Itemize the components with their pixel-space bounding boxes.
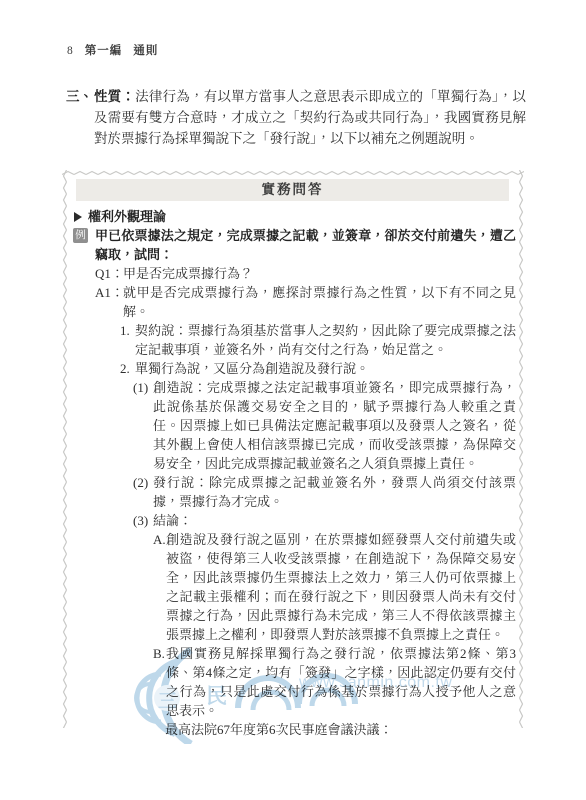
box-content: 權利外觀理論 例 甲已依票據法之規定，完成票據之記載，並簽章，卻於交付前遺失，遭… [62,201,524,739]
right-triangle-icon [74,212,82,222]
example-row: 例 甲已依票據法之規定，完成票據之記載，並簽章，卻於交付前遺失，遭乙竊取，試問： [73,226,516,264]
box-title: 實務問答 [76,179,509,201]
intro-item-number: 三、 [66,86,94,149]
answer-marker: A1： [95,283,123,321]
qa-box: 實務問答 權利外觀理論 例 甲已依票據法之規定，完成票據之記載，並簽章，卻於交付… [62,170,524,736]
example-text: 甲已依票據法之規定，完成票據之記載，並簽章，卻於交付前遺失，遭乙竊取，試問： [95,228,516,262]
answer-text: 就甲是否完成票據行為，應探討票據行為之性質，以下有不同之見解。 [123,283,516,321]
theory-heading-row: 權利外觀理論 [73,207,516,226]
question-marker: Q1： [95,264,123,283]
page-number: 8 [67,45,74,57]
list-item: 1. 契約說：票據行為須基於當事人之契約，因此除了要完成票據之法定記載事項，並簽… [73,321,516,359]
chapter-title: 通則 [133,42,158,58]
question-text: 甲是否完成票據行為？ [123,264,516,283]
list-item: (3) 結論： [73,511,516,530]
intro-paragraph: 三、 性質：法律行為，有以單方當事人之意思表示即成立的「單獨行為」，以及需要有雙… [66,86,526,149]
zigzag-border-top [62,170,524,176]
question-row: Q1： 甲是否完成票據行為？ [73,264,516,283]
example-badge-icon: 例 [73,228,88,243]
list-item: (2) 發行說：除完成票據之記載並簽名外，發票人尚須交付該票據，票據行為才完成。 [73,473,516,511]
intro-text: 法律行為，有以單方當事人之意思表示即成立的「單獨行為」，以及需要有雙方合意時，才… [94,89,526,146]
list-item: A. 創造說及發行說之區別，在於票據如經發票人交付前遺失或被盜，使得第三人收受該… [73,530,516,644]
page-header: 8 第一編 通則 [67,42,158,58]
list-item: 2. 單獨行為說，又區分為創造說及發行說。 [73,359,516,378]
answer-row: A1： 就甲是否完成票據行為，應探討票據行為之性質，以下有不同之見解。 [73,283,516,321]
part-title: 第一編 [85,42,123,58]
list-item: (1) 創造說：完成票據之法定記載事項並簽名，即完成票據行為，此說係基於保護交易… [73,378,516,473]
court-reference: 最高法院67年度第6次民事庭會議決議： [73,720,516,739]
intro-label: 性質： [94,89,135,104]
theory-heading: 權利外觀理論 [88,207,166,226]
intro-body: 性質：法律行為，有以單方當事人之意思表示即成立的「單獨行為」，以及需要有雙方合意… [94,86,526,149]
list-item: B. 我國實務見解採單獨行為之發行說，依票據法第2條、第3條、第4條之定，均有「… [73,644,516,720]
